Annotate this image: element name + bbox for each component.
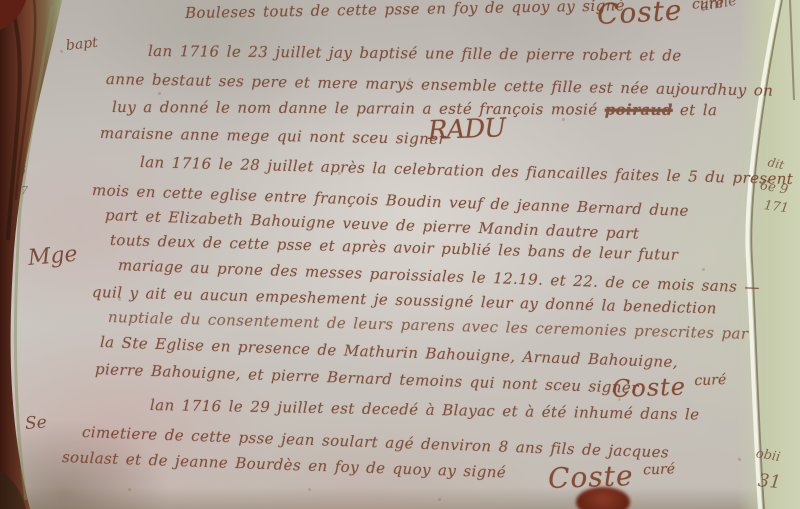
manuscript-photo: Bouleses touts de cette psse en foy de q… xyxy=(0,0,800,509)
line-text-before-strike: luy a donné le nom danne le parrain a es… xyxy=(112,98,598,119)
register-line-top-partial: Bouleses touts de cette psse en foy de q… xyxy=(185,0,625,22)
margin-note-marriage: Mge xyxy=(27,242,79,271)
bottom-edge-blob xyxy=(576,487,630,509)
line-text-after-strike: et la xyxy=(680,101,718,119)
binding-faint-mark: 6 xyxy=(19,164,26,177)
register-line: maraisne anne mege qui nont sceu signer xyxy=(100,124,446,148)
adjacent-page-fragment: 31 xyxy=(757,470,782,493)
adjacent-page-edge xyxy=(730,0,800,509)
signature-coste-marriage-name: Coste xyxy=(612,372,687,403)
signature-coste-marriage: Coste curé xyxy=(612,371,727,403)
signature-radu: RADU xyxy=(427,113,505,146)
register-line: anne bestaut ses pere et mere marys ense… xyxy=(106,70,774,100)
register-line: lan 1716 le 23 juillet jay baptisé une f… xyxy=(148,42,682,65)
binding-faint-mark: 7 xyxy=(21,184,28,197)
margin-note-burial: Se xyxy=(24,413,47,434)
signature-coste-marriage-title: curé xyxy=(694,372,726,389)
struck-out-word: poiraud xyxy=(605,101,673,119)
signature-coste-top-name: Coste xyxy=(596,0,683,31)
register-line: luy a donné le nom danne le parrain a es… xyxy=(112,98,717,119)
margin-note-baptism: bapt xyxy=(65,35,98,54)
adjacent-page-fragment: 171 xyxy=(763,198,790,216)
register-line: lan 1716 le 28 juillet après la celebrat… xyxy=(140,153,794,188)
signature-coste-burial-title: curé xyxy=(643,461,675,478)
